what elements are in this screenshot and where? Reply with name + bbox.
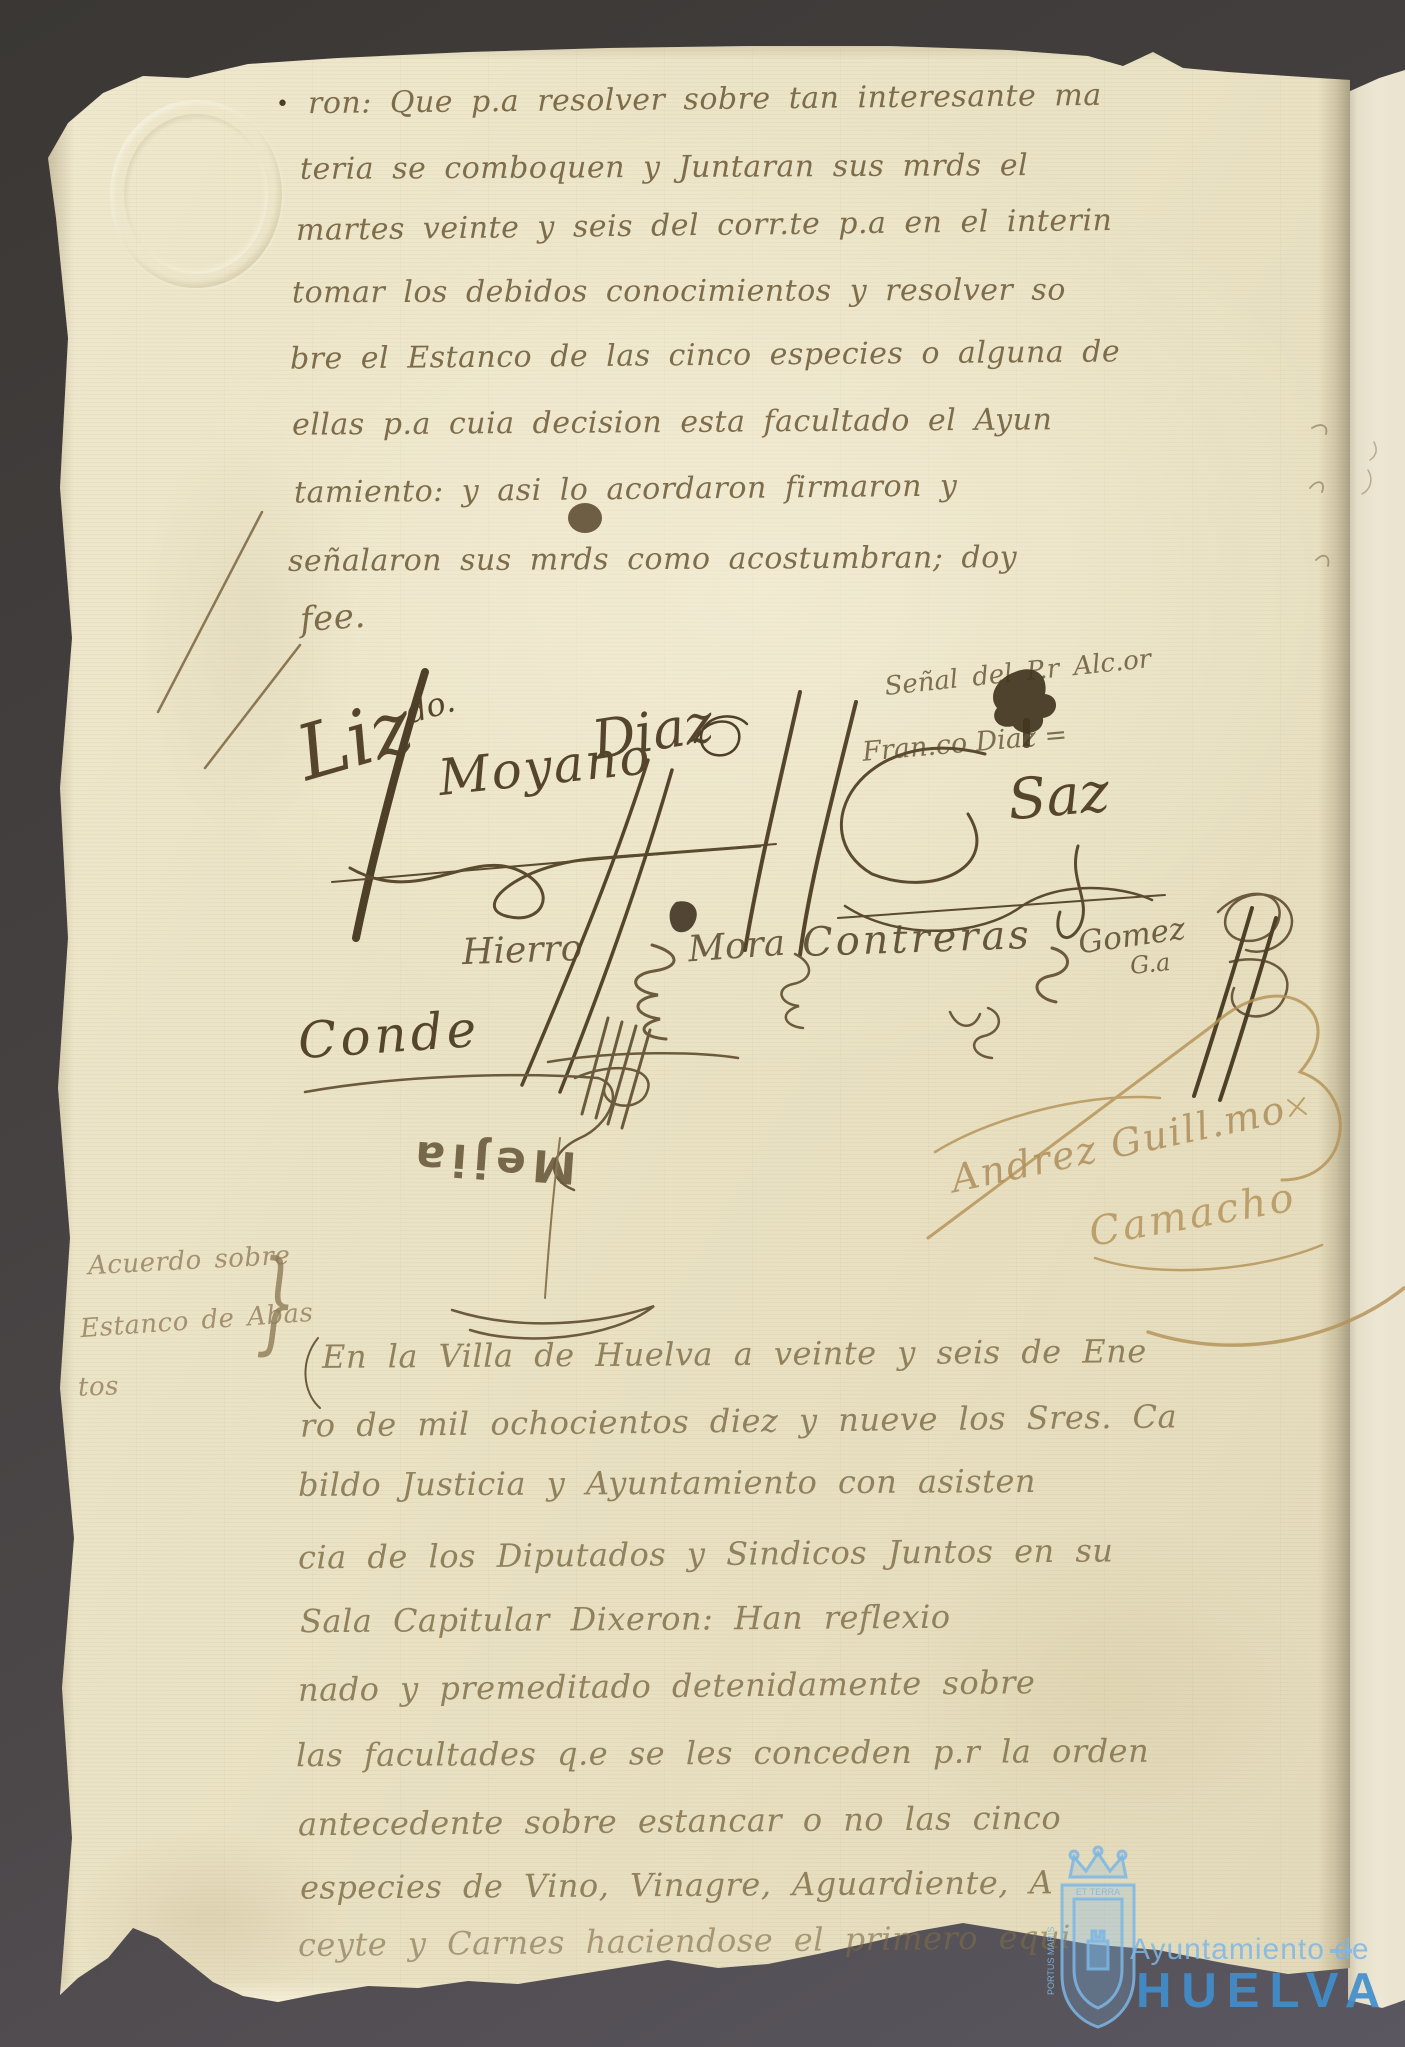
signature-licenciado-sup: do. (401, 681, 459, 731)
manuscript-line: En la Villa de Huelva a veinte y seis de… (322, 1332, 1147, 1376)
manuscript-line: especies de Vino, Vinagre, Aguardiente, … (300, 1863, 1053, 1906)
manuscript-sheet (48, 38, 1350, 2010)
scanned-manuscript-page: • ron: Que p.a resolver sobre tan intere… (0, 0, 1405, 2047)
manuscript-line: bildo Justicia y Ayuntamiento con asiste… (298, 1462, 1036, 1504)
paper-left-shading (48, 38, 74, 2010)
signature-contreras: Contreras (801, 912, 1032, 966)
manuscript-line: cia de los Diputados y Sindicos Juntos e… (298, 1531, 1114, 1576)
manuscript-line: tamiento: y asi lo acordaron firmaron y (294, 469, 958, 511)
signature-mejia-inverted: Mejia (408, 1136, 598, 1286)
manuscript-line: teria se comboquen y Juntaran sus mrds e… (300, 148, 1028, 187)
crest-motto-top: ET TERRA (1076, 1887, 1120, 1897)
archive-watermark: ET TERRA PORTUS MARIS Ayuntamiento de HU… (998, 1845, 1405, 2045)
manuscript-line: ceyte y Carnes haciendose el primero equ… (298, 1918, 1071, 1964)
embossed-seal (110, 100, 282, 288)
signature-mora: Mora (687, 923, 787, 971)
manuscript-line: las facultades q.e se les conceden p.r l… (296, 1732, 1149, 1774)
signature-hierro: Hierro (461, 928, 583, 973)
manuscript-line: tomar los debidos conocimientos y resolv… (292, 273, 1066, 311)
underlying-page-edge (1348, 70, 1405, 2012)
signature-gomez-rubric-initials: G.a (1129, 948, 1172, 980)
paper-top-shading (48, 38, 1350, 60)
manuscript-line: fee. (299, 596, 367, 640)
crest-motto-left: PORTUS MARIS (1046, 1927, 1056, 1995)
manuscript-line: bre el Estanco de las cinco especies o a… (290, 334, 1120, 376)
signature-mejia-text: Mejia (406, 1130, 578, 1193)
signature-saz: Saz (1005, 760, 1112, 834)
manuscript-line: nado y premeditado detenidamente sobre (298, 1663, 1036, 1709)
manuscript-line: ellas p.a cuia decision esta facultado e… (292, 402, 1053, 442)
manuscript-line: Sala Capitular Dixeron: Han reflexio (300, 1598, 951, 1641)
manuscript-line: antecedente sobre estancar o no las cinc… (298, 1799, 1061, 1844)
watermark-dash (1330, 1949, 1352, 1953)
watermark-city-name: HUELVA (1136, 1963, 1390, 2019)
margin-note-brace: } (256, 1236, 298, 1368)
manuscript-line: señalaron sus mrds como acostumbran; doy (288, 540, 1017, 579)
margin-dot: • (276, 92, 289, 117)
margin-note-line: tos (77, 1371, 119, 1402)
